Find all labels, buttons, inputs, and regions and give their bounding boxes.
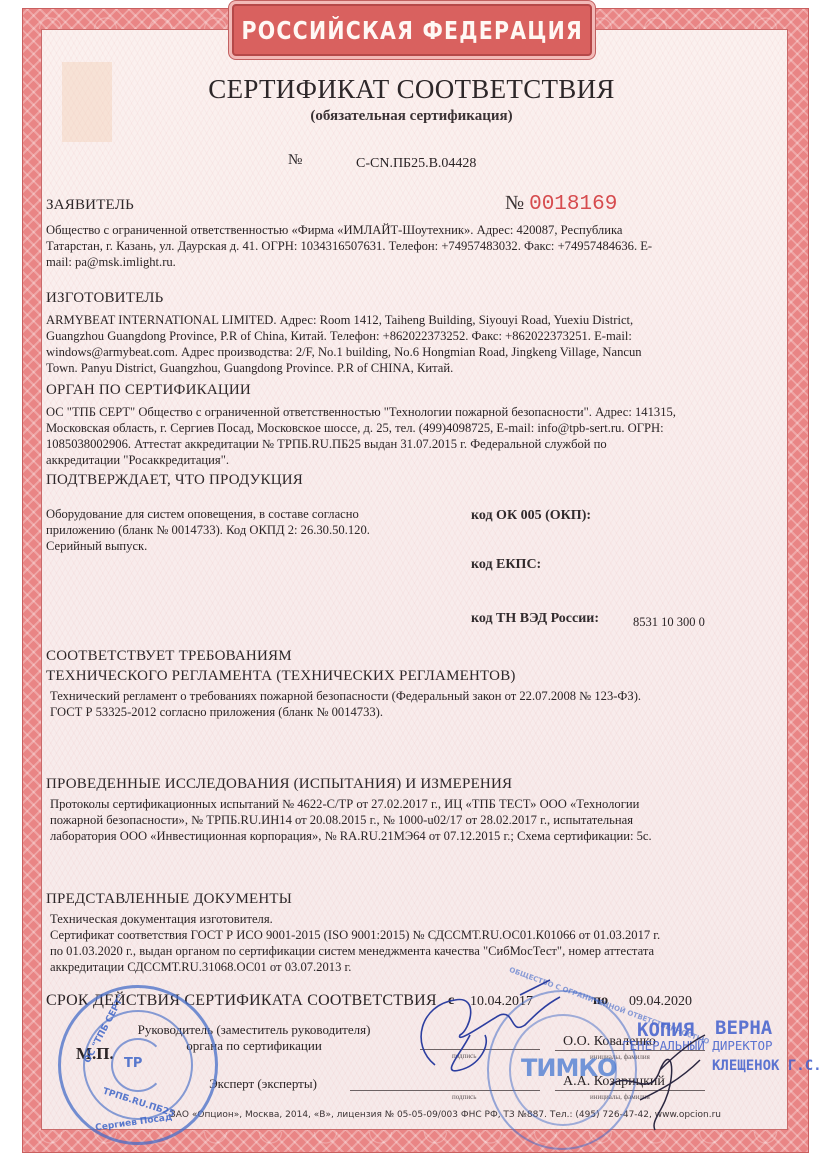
manufacturer-heading: ИЗГОТОВИТЕЛЬ: [46, 290, 163, 307]
documents-line: по 01.03.2020 г., выдан органом по серти…: [50, 943, 740, 959]
applicant-heading: ЗАЯВИТЕЛЬ: [46, 197, 134, 214]
seal-center-text: ТР: [124, 1056, 142, 1071]
documents-text: Техническая документация изготовителя. С…: [50, 911, 740, 975]
tests-heading: ПРОВЕДЕННЫЕ ИССЛЕДОВАНИЯ (ИСПЫТАНИЯ) И И…: [46, 776, 512, 793]
certification-body-heading: ОРГАН ПО СЕРТИФИКАЦИИ: [46, 382, 251, 399]
manufacturer-text: ARMYBEAT INTERNATIONAL LIMITED. Адрес: R…: [46, 312, 748, 376]
documents-heading: ПРЕДСТАВЛЕННЫЕ ДОКУМЕНТЫ: [46, 891, 292, 908]
tests-line: пожарной безопасности», № ТРПБ.RU.ИН14 о…: [50, 812, 734, 828]
requirements-text: Технический регламент о требованиях пожа…: [50, 688, 740, 720]
copy-stamp-true: ВЕРНА: [715, 1017, 772, 1039]
certificate-number: C-CN.ПБ25.В.04428: [356, 156, 476, 172]
code-tnved-value: 8531 10 300 0: [633, 615, 705, 630]
product-text: Оборудование для систем оповещения, в со…: [46, 506, 416, 554]
code-ekps-label: код ЕКПС:: [471, 557, 541, 573]
copy-stamp-name: КЛЕЩЕНОК Г.С.: [712, 1058, 822, 1074]
certification-body-line: ОС "ТПБ СЕРТ" Общество с ограниченной от…: [46, 404, 748, 420]
country-banner: РОССИЙСКАЯ ФЕДЕРАЦИЯ: [232, 4, 592, 56]
requirements-heading-1: СООТВЕТСТВУЕТ ТРЕБОВАНИЯМ: [46, 648, 292, 665]
product-line: Серийный выпуск.: [46, 538, 416, 554]
head-signature-icon: [400, 975, 600, 1085]
certification-body-text: ОС "ТПБ СЕРТ" Общество с ограниченной от…: [46, 404, 748, 468]
certification-body-line: 1085038002906. Аттестат аккредитации № Т…: [46, 436, 748, 452]
applicant-text: Общество с ограниченной ответственностью…: [46, 222, 748, 270]
tests-line: лаборатория ООО «Инвестиционная корпорац…: [50, 828, 734, 844]
documents-line: Сертификат соответствия ГОСТ Р ИСО 9001-…: [50, 927, 740, 943]
code-okp-label: код ОК 005 (ОКП):: [471, 508, 591, 524]
manufacturer-line: ARMYBEAT INTERNATIONAL LIMITED. Адрес: R…: [46, 312, 748, 328]
tests-text: Протоколы сертификационных испытаний № 4…: [50, 796, 734, 844]
manufacturer-line: Town. Panyu District, Guangzhou, Guangdo…: [46, 360, 748, 376]
certification-body-seal: ТР ТРПБ.RU.ПБ25 Сергиев Посад ОС "ТПБ СЕ…: [58, 985, 218, 1145]
expert-signature-icon: [600, 1030, 720, 1140]
requirements-line: ГОСТ Р 53325-2012 согласно приложения (б…: [50, 704, 740, 720]
blank-serial: № 0018169: [505, 192, 617, 216]
country-banner-text: РОССИЙСКАЯ ФЕДЕРАЦИЯ: [241, 16, 582, 45]
document-subtitle: (обязательная сертификация): [0, 108, 823, 125]
applicant-line: Татарстан, г. Казань, ул. Даурская д. 41…: [46, 238, 748, 254]
tests-line: Протоколы сертификационных испытаний № 4…: [50, 796, 734, 812]
expert-signature-caption: подпись: [452, 1093, 476, 1101]
document-title: СЕРТИФИКАТ СООТВЕТСТВИЯ: [0, 74, 823, 105]
product-heading: ПОДТВЕРЖДАЕТ, ЧТО ПРОДУКЦИЯ: [46, 472, 303, 489]
validity-to-date: 09.04.2020: [629, 994, 692, 1010]
applicant-line: Общество с ограниченной ответственностью…: [46, 222, 748, 238]
blank-serial-number: 0018169: [529, 193, 617, 216]
certification-body-line: аккредитации "Росаккредитация".: [46, 452, 748, 468]
requirements-line: Технический регламент о требованиях пожа…: [50, 688, 740, 704]
certification-body-line: Московская область, г. Сергиев Посад, Мо…: [46, 420, 748, 436]
applicant-line: mail: pa@msk.imlight.ru.: [46, 254, 748, 270]
code-tnved-label: код ТН ВЭД России:: [471, 611, 599, 627]
product-line: приложению (бланк № 0014733). Код ОКПД 2…: [46, 522, 416, 538]
documents-line: Техническая документация изготовителя.: [50, 911, 740, 927]
product-line: Оборудование для систем оповещения, в со…: [46, 506, 416, 522]
blank-serial-label: №: [505, 192, 524, 214]
manufacturer-line: windows@armybeat.com. Адрес производства…: [46, 344, 748, 360]
certificate-number-label: №: [288, 152, 302, 169]
manufacturer-line: Guangzhou Guangdong Province, P.R of Chi…: [46, 328, 748, 344]
requirements-heading-2: ТЕХНИЧЕСКОГО РЕГЛАМЕНТА (ТЕХНИЧЕСКИХ РЕГ…: [46, 668, 516, 685]
documents-line: аккредитации СДССМТ.RU.31068.ОС01 от 03.…: [50, 959, 740, 975]
